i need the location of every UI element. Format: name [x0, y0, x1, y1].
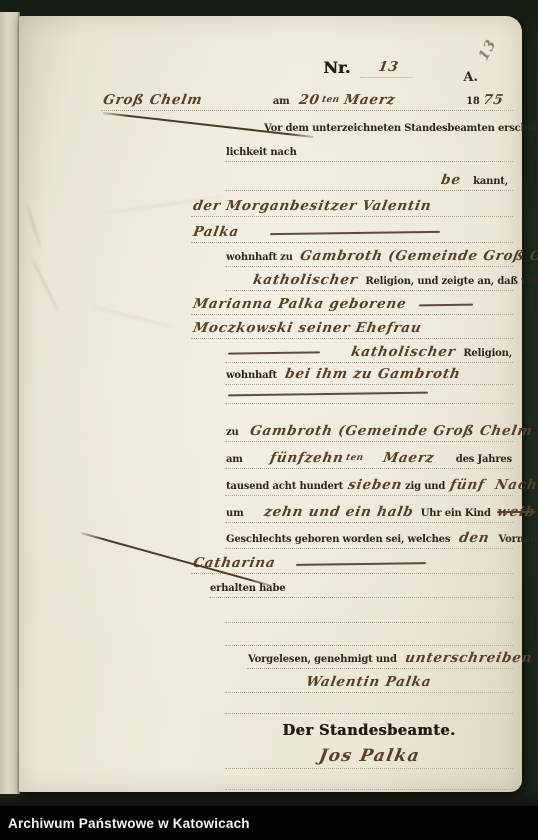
signature-declarant-h-0: Walentin Palka	[303, 675, 435, 692]
lichkeit-nach-p-0: lichkeit nach	[225, 147, 298, 161]
birth-year-p-0: tausend acht hundert	[225, 481, 344, 495]
birth-year-h-2: sieben	[345, 478, 406, 495]
registration-place-date-p-9: 18	[465, 96, 481, 110]
mother-name: Marianna Palka geborene	[191, 291, 513, 315]
gender-and-forename: Geschlechts geboren worden sei, welchesd…	[225, 523, 513, 549]
registration-place-date-h-10: 75	[479, 93, 506, 110]
registration-place-date-h-4: 20	[295, 93, 322, 110]
registrar-heading: Der Standesbeamte.	[225, 714, 513, 741]
child-name-h-0: Catharina	[190, 556, 279, 573]
mother-residence-p-0: wohnhaft	[225, 370, 278, 384]
archive-caption: Archiwum Państwowe w Katowicach	[0, 816, 250, 831]
declarant-religion-h-1: katholischer	[250, 273, 361, 290]
blank-3	[225, 693, 513, 714]
bekannt-p-3: kannt,	[472, 176, 509, 190]
birth-time-p-0: um	[225, 508, 244, 522]
struck-blank-dash-0	[228, 392, 428, 397]
mother-maiden-name: Moczkowski seiner Ehefrau	[191, 315, 513, 339]
mother-residence-h-2: bei ihm zu Gambroth	[281, 367, 463, 384]
declarant-religion: katholischerReligion, und zeigte an, daß…	[225, 267, 513, 291]
scanned-document-photo: 13 A. Nr.13Groß Chelmam20tenMaerz1875Vor…	[0, 0, 538, 840]
ink-bleed-mark	[31, 258, 59, 313]
declarant-residence-p-0: wohnhaft zu	[225, 252, 294, 266]
nr-line: Nr.13	[225, 52, 513, 78]
nr-line-pb-0: Nr.	[323, 60, 350, 78]
birth-year-h-7: Nachmittag	[491, 478, 538, 495]
ink-bleed-mark	[26, 205, 42, 249]
blank-2	[225, 623, 513, 646]
mother-name-dash-2	[419, 304, 473, 307]
vorgelesen-p-0: Vorgelesen, genehmigt und	[247, 654, 398, 668]
registrar-heading-pb2-0: Der Standesbeamte.	[282, 724, 455, 742]
birth-day-h-2: fünfzehn	[266, 451, 346, 468]
mother-maiden-name-h-0: Moczkowski seiner Ehefrau	[190, 321, 425, 338]
birth-year: tausend acht hundertsiebenzig undfünfNac…	[225, 469, 513, 496]
erhalten-habe-p-0: erhalten habe	[209, 583, 286, 597]
vorgelesen-h-2: unterschreiben	[401, 651, 535, 668]
form-lines: Nr.13Groß Chelmam20tenMaerz1875Vor dem u…	[191, 52, 513, 790]
birth-place-h-2: Gambroth (Gemeinde Groß Chelm	[246, 424, 535, 441]
gender-and-forename-p-4: Vornamen	[498, 534, 538, 548]
birth-place-p-0: zu	[225, 427, 240, 441]
erhalten-habe: erhalten habe	[209, 574, 513, 598]
struck-blank	[225, 385, 513, 404]
mother-religion-h-2: katholischer	[347, 345, 458, 362]
declarant-surname: Palka	[191, 217, 513, 243]
signature-declarant: Walentin Palka	[225, 669, 513, 693]
signature-registrar-h2-0: Jos Palka	[315, 747, 424, 768]
child-name: Catharina	[191, 549, 513, 574]
child-name-dash-2	[296, 562, 426, 566]
birth-day-p-7: des Jahres	[455, 454, 513, 468]
lichkeit-nach: lichkeit nach	[225, 137, 513, 162]
birth-year-p-3: zig und	[404, 481, 446, 495]
intro-printed: Vor dem unterzeichneten Standesbeamten e…	[263, 111, 513, 137]
declarant-surname-dash-2	[270, 231, 440, 235]
declarant-surname-h-0: Palka	[190, 225, 243, 242]
registration-place-date-hs-5: ten	[320, 95, 341, 105]
birth-year-h-5: fünf	[447, 478, 488, 495]
register-page: 13 A. Nr.13Groß Chelmam20tenMaerz1875Vor…	[19, 16, 522, 792]
signature-registrar: Jos Palka	[225, 741, 513, 769]
gender-and-forename-h-2: den	[456, 531, 493, 548]
registration-place-date-h-7: Maerz	[341, 93, 399, 110]
birth-day-hs-3: ten	[344, 453, 365, 463]
mother-religion: katholischerReligion,	[225, 339, 513, 363]
declarant-residence-h-2: Gambroth (Gemeinde Groß Chelm	[296, 249, 538, 266]
archive-caption-bar: Archiwum Państwowe w Katowicach	[0, 806, 538, 840]
birth-day-h-5: Maerz	[379, 451, 437, 468]
mother-residence: wohnhaftbei ihm zu Gambroth	[225, 363, 513, 385]
bekannt: bekannt,	[225, 162, 513, 191]
mother-religion-p-4: Religion,	[462, 348, 513, 362]
ink-bleed-mark	[90, 305, 178, 329]
blank-1	[225, 598, 513, 623]
bekannt-h-1: be	[437, 173, 464, 190]
declarant-name-h-0: der Morganbesitzer Valentin	[190, 199, 435, 216]
declarant-religion-p-3: Religion, und zeigte an, daß von der	[364, 276, 538, 290]
blank-4	[225, 769, 513, 790]
gender-and-forename-p-0: Geschlechts geboren worden sei, welches	[225, 534, 451, 548]
nr-line-h-2: 13	[361, 60, 416, 78]
registration-place-date-h-0: Groß Chelm	[100, 93, 206, 110]
birth-time-h-2: zehn und ein halb	[261, 505, 417, 522]
birth-day-p-0: am	[225, 454, 244, 468]
birth-time-p-4: Uhr ein Kind	[420, 508, 492, 522]
mother-name-h-0: Marianna Palka geborene	[190, 297, 410, 314]
declarant-name: der Morganbesitzer Valentin	[191, 191, 513, 217]
vorgelesen: Vorgelesen, genehmigt undunterschreiben	[247, 646, 513, 669]
registration-place-date-p-2: am	[272, 96, 291, 110]
declarant-residence: wohnhaft zuGambroth (Gemeinde Groß Chelm	[225, 243, 513, 267]
birth-day: amfünfzehntenMaerzdes Jahres	[225, 442, 513, 469]
birth-time: umzehn und ein halbUhr ein Kindweibliche…	[225, 496, 513, 523]
birth-place: zuGambroth (Gemeinde Groß Chelm	[225, 416, 513, 442]
spacer-1	[225, 404, 513, 416]
mother-religion-dash-0	[228, 351, 320, 354]
book-page-stack-edge	[0, 12, 20, 794]
registration-place-date: Groß Chelmam20tenMaerz1875	[101, 78, 513, 111]
birth-time-hx-6: weib	[493, 505, 538, 522]
